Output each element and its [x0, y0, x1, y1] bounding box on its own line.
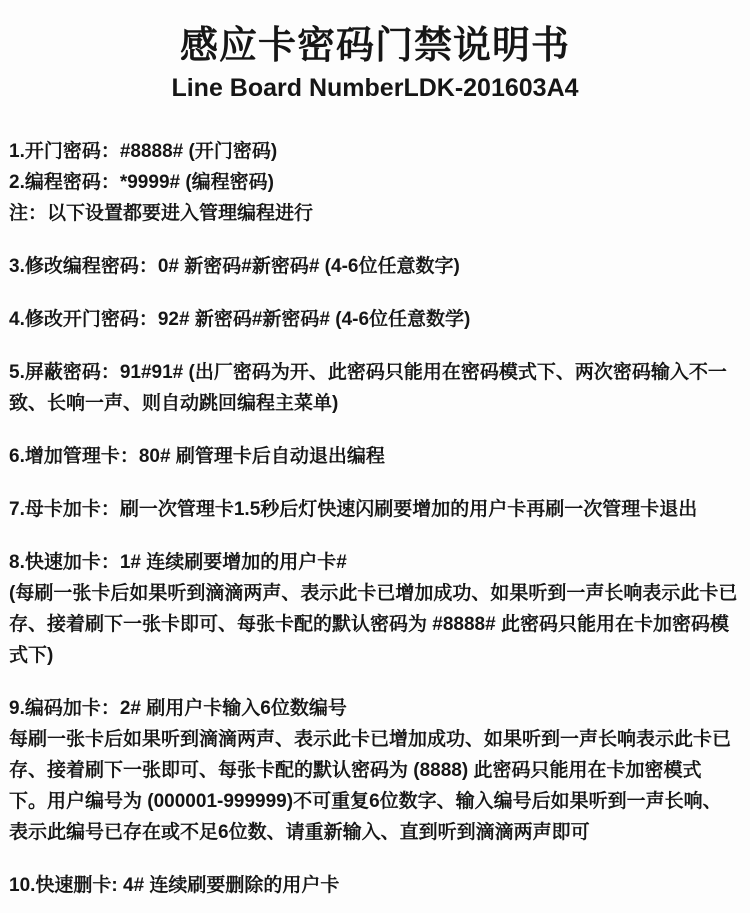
page-title: 感应卡密码门禁说明书 — [0, 24, 750, 68]
instruction-change-open-password: 4.修改开门密码：92# 新密码#新密码# (4-6位任意数学) — [9, 304, 738, 335]
manual-page: 感应卡密码门禁说明书 Line Board NumberLDK-201603A4… — [0, 0, 750, 913]
instruction-change-programming-password: 3.修改编程密码：0# 新密码#新密码# (4-6位任意数字) — [9, 251, 738, 282]
instruction-mask-password: 5.屏蔽密码：91#91# (出厂密码为开、此密码只能用在密码模式下、两次密码输… — [9, 357, 738, 419]
instruction-open-password: 1.开门密码：#8888# (开门密码) — [9, 136, 738, 167]
instruction-quick-add-card: 8.快速加卡：1# 连续刷要增加的用户卡# — [9, 547, 738, 578]
page-subtitle: Line Board NumberLDK-201603A4 — [0, 72, 750, 104]
instruction-programming-password: 2.编程密码：*9999# (编程密码) — [9, 167, 738, 198]
instruction-quick-delete-card: 10.快速删卡: 4# 连续刷要删除的用户卡 — [9, 870, 738, 901]
document-body: 1.开门密码：#8888# (开门密码) 2.编程密码：*9999# (编程密码… — [0, 104, 750, 901]
quick-add-card-note: (每刷一张卡后如果听到滴滴两声、表示此卡已增加成功、如果听到一声长响表示此卡已存… — [9, 578, 738, 671]
instruction-code-add-card: 9.编码加卡：2# 刷用户卡输入6位数编号 — [9, 693, 738, 724]
note-line: 注：以下设置都要进入管理编程进行 — [9, 198, 738, 229]
code-add-card-note: 每刷一张卡后如果听到滴滴两声、表示此卡已增加成功、如果听到一声长响表示此卡已存、… — [9, 724, 738, 848]
instruction-add-admin-card: 6.增加管理卡：80# 刷管理卡后自动退出编程 — [9, 441, 738, 472]
instruction-master-card-add: 7.母卡加卡：刷一次管理卡1.5秒后灯快速闪刷要增加的用户卡再刷一次管理卡退出 — [9, 494, 738, 525]
